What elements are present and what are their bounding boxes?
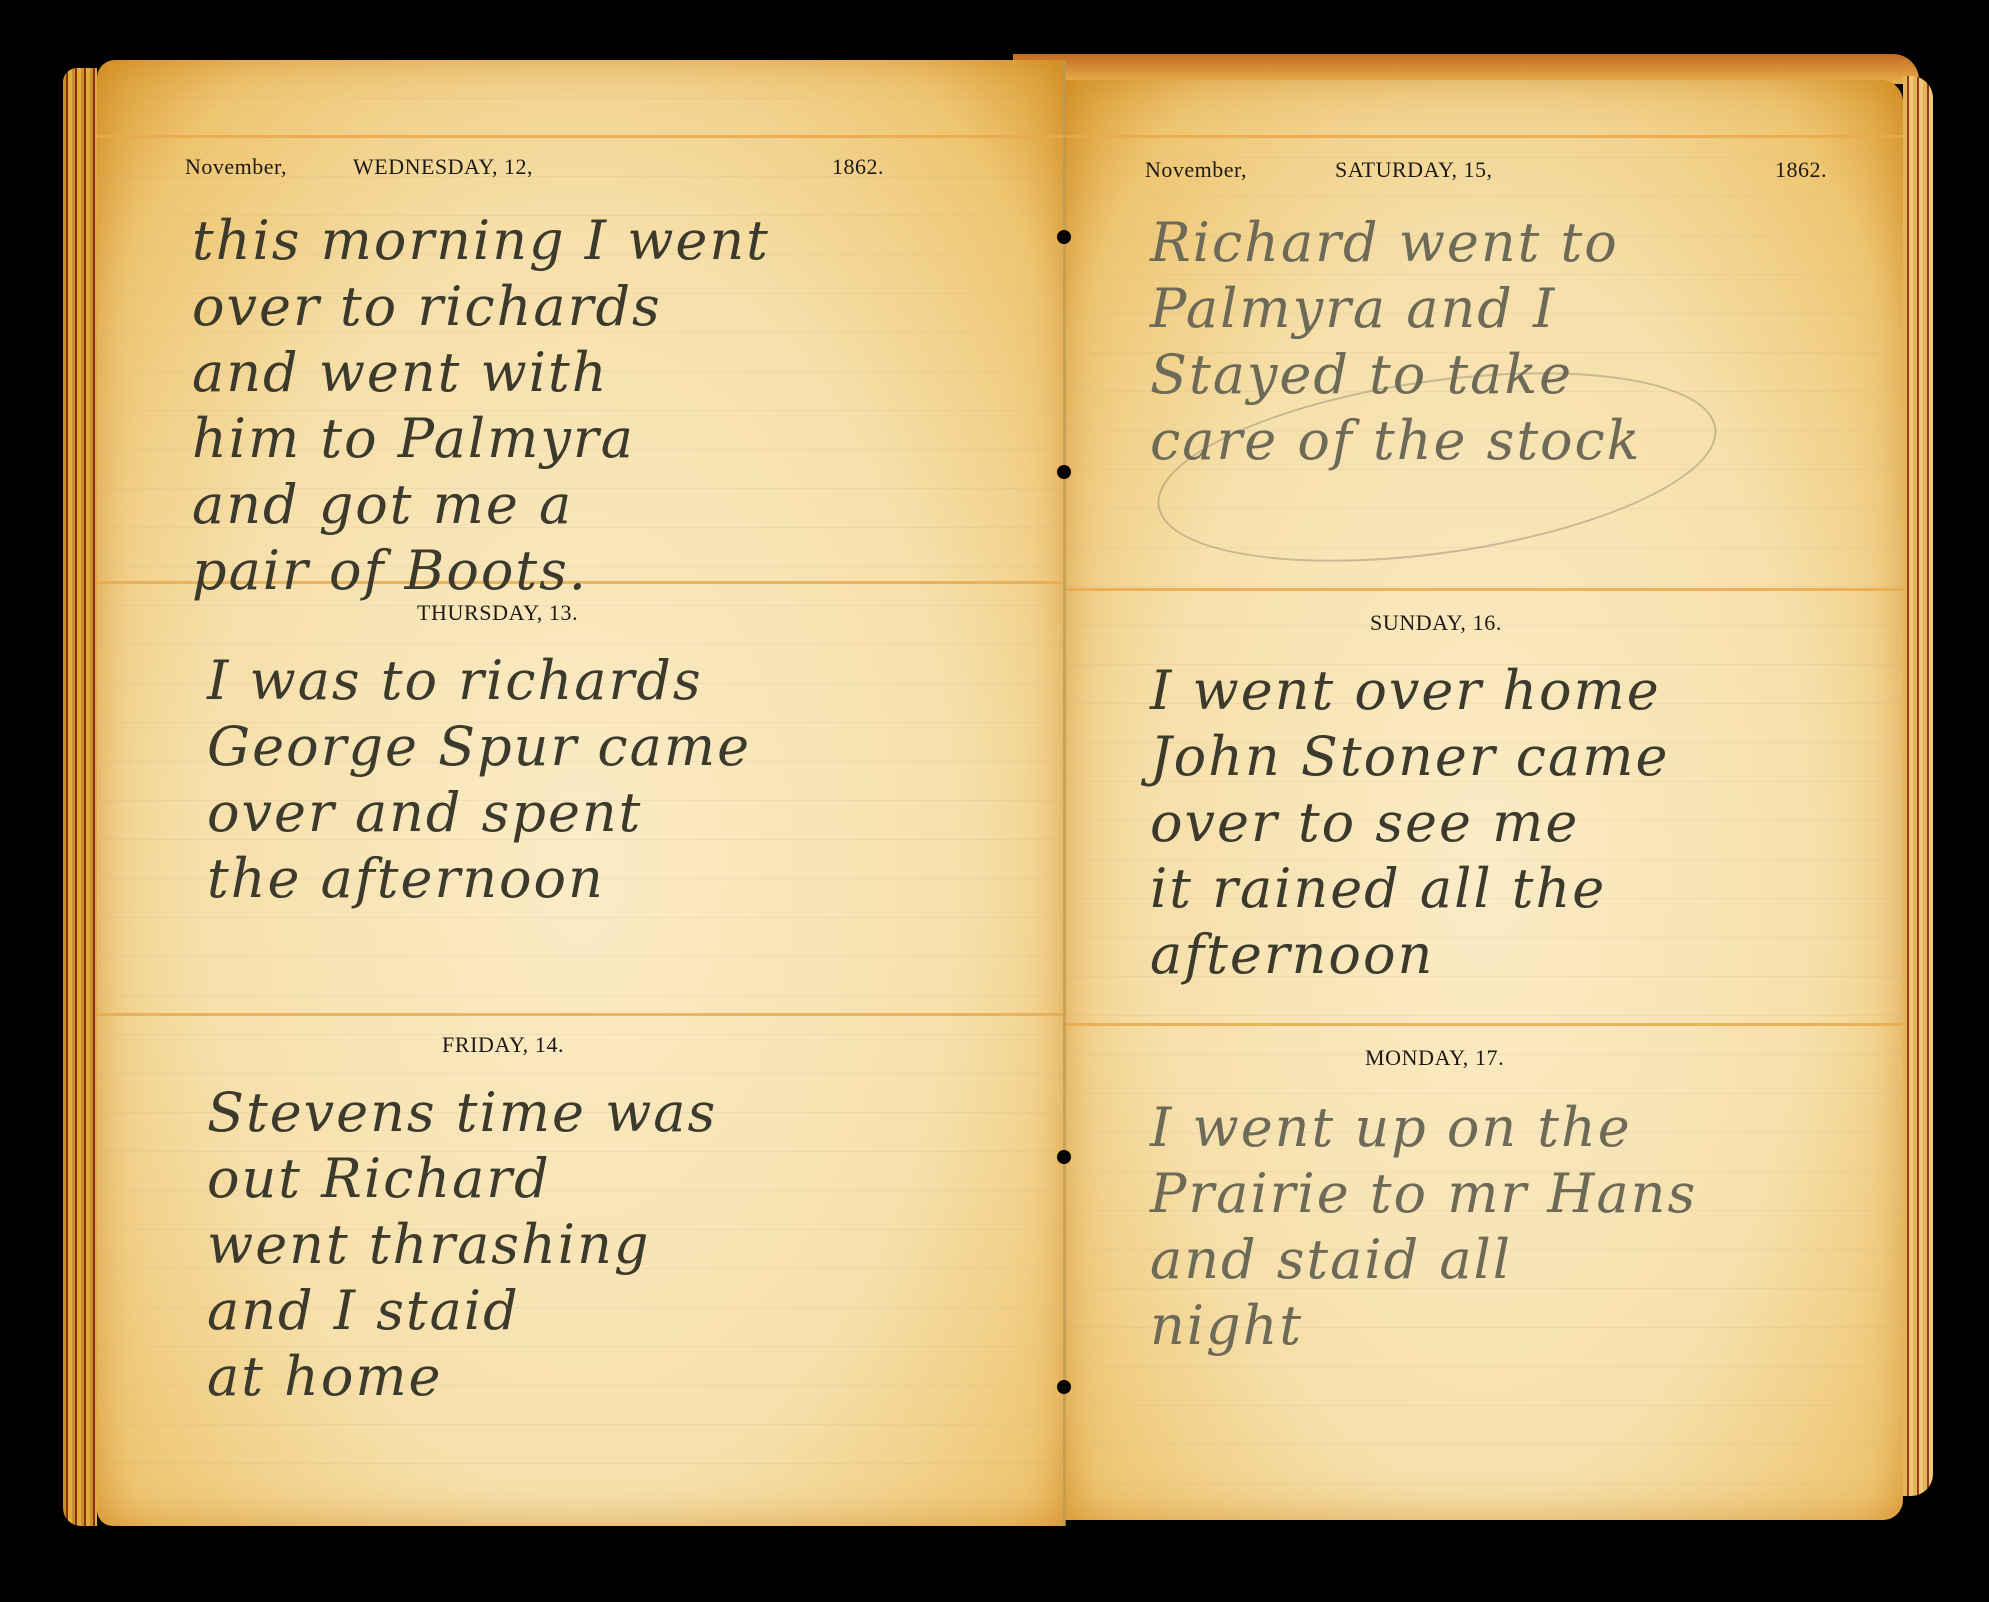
section-divider <box>1065 1023 1903 1026</box>
right-page: November, SATURDAY, 15, 1862. Richard we… <box>1065 80 1903 1520</box>
page-edges-left <box>63 68 97 1526</box>
diary-entry-thursday: I was to richards George Spur came over … <box>207 648 751 912</box>
header-month: November, <box>1145 157 1247 183</box>
day-label-sunday: SUNDAY, 16. <box>1370 610 1502 636</box>
day-label-monday: MONDAY, 17. <box>1365 1045 1504 1071</box>
section-divider <box>1065 588 1903 591</box>
binding-hole <box>1057 230 1071 244</box>
page-edges-right <box>1903 76 1933 1496</box>
header-year: 1862. <box>1775 157 1827 183</box>
section-divider <box>97 1013 1065 1016</box>
binding-hole <box>1057 1380 1071 1394</box>
diary-entry-sunday: I went over home John Stoner came over t… <box>1150 658 1669 988</box>
book-gutter <box>1063 60 1066 1526</box>
header-day: SATURDAY, 15, <box>1335 157 1493 183</box>
diary-entry-wednesday: this morning I went over to richards and… <box>192 208 770 604</box>
header-month: November, <box>185 154 287 180</box>
binding-hole <box>1057 1150 1071 1164</box>
diary-entry-monday: I went up on the Prairie to mr Hans and … <box>1150 1095 1697 1359</box>
header-rule <box>97 135 1065 138</box>
diary-book: November, WEDNESDAY, 12, 1862. this morn… <box>63 60 1933 1528</box>
header-rule <box>1065 135 1903 138</box>
left-page: November, WEDNESDAY, 12, 1862. this morn… <box>97 60 1065 1526</box>
binding-hole <box>1057 465 1071 479</box>
day-label-thursday: THURSDAY, 13. <box>417 600 578 626</box>
header-day: WEDNESDAY, 12, <box>353 154 533 180</box>
day-label-friday: FRIDAY, 14. <box>442 1032 564 1058</box>
diary-entry-friday: Stevens time was out Richard went thrash… <box>207 1080 717 1410</box>
header-year: 1862. <box>832 154 884 180</box>
